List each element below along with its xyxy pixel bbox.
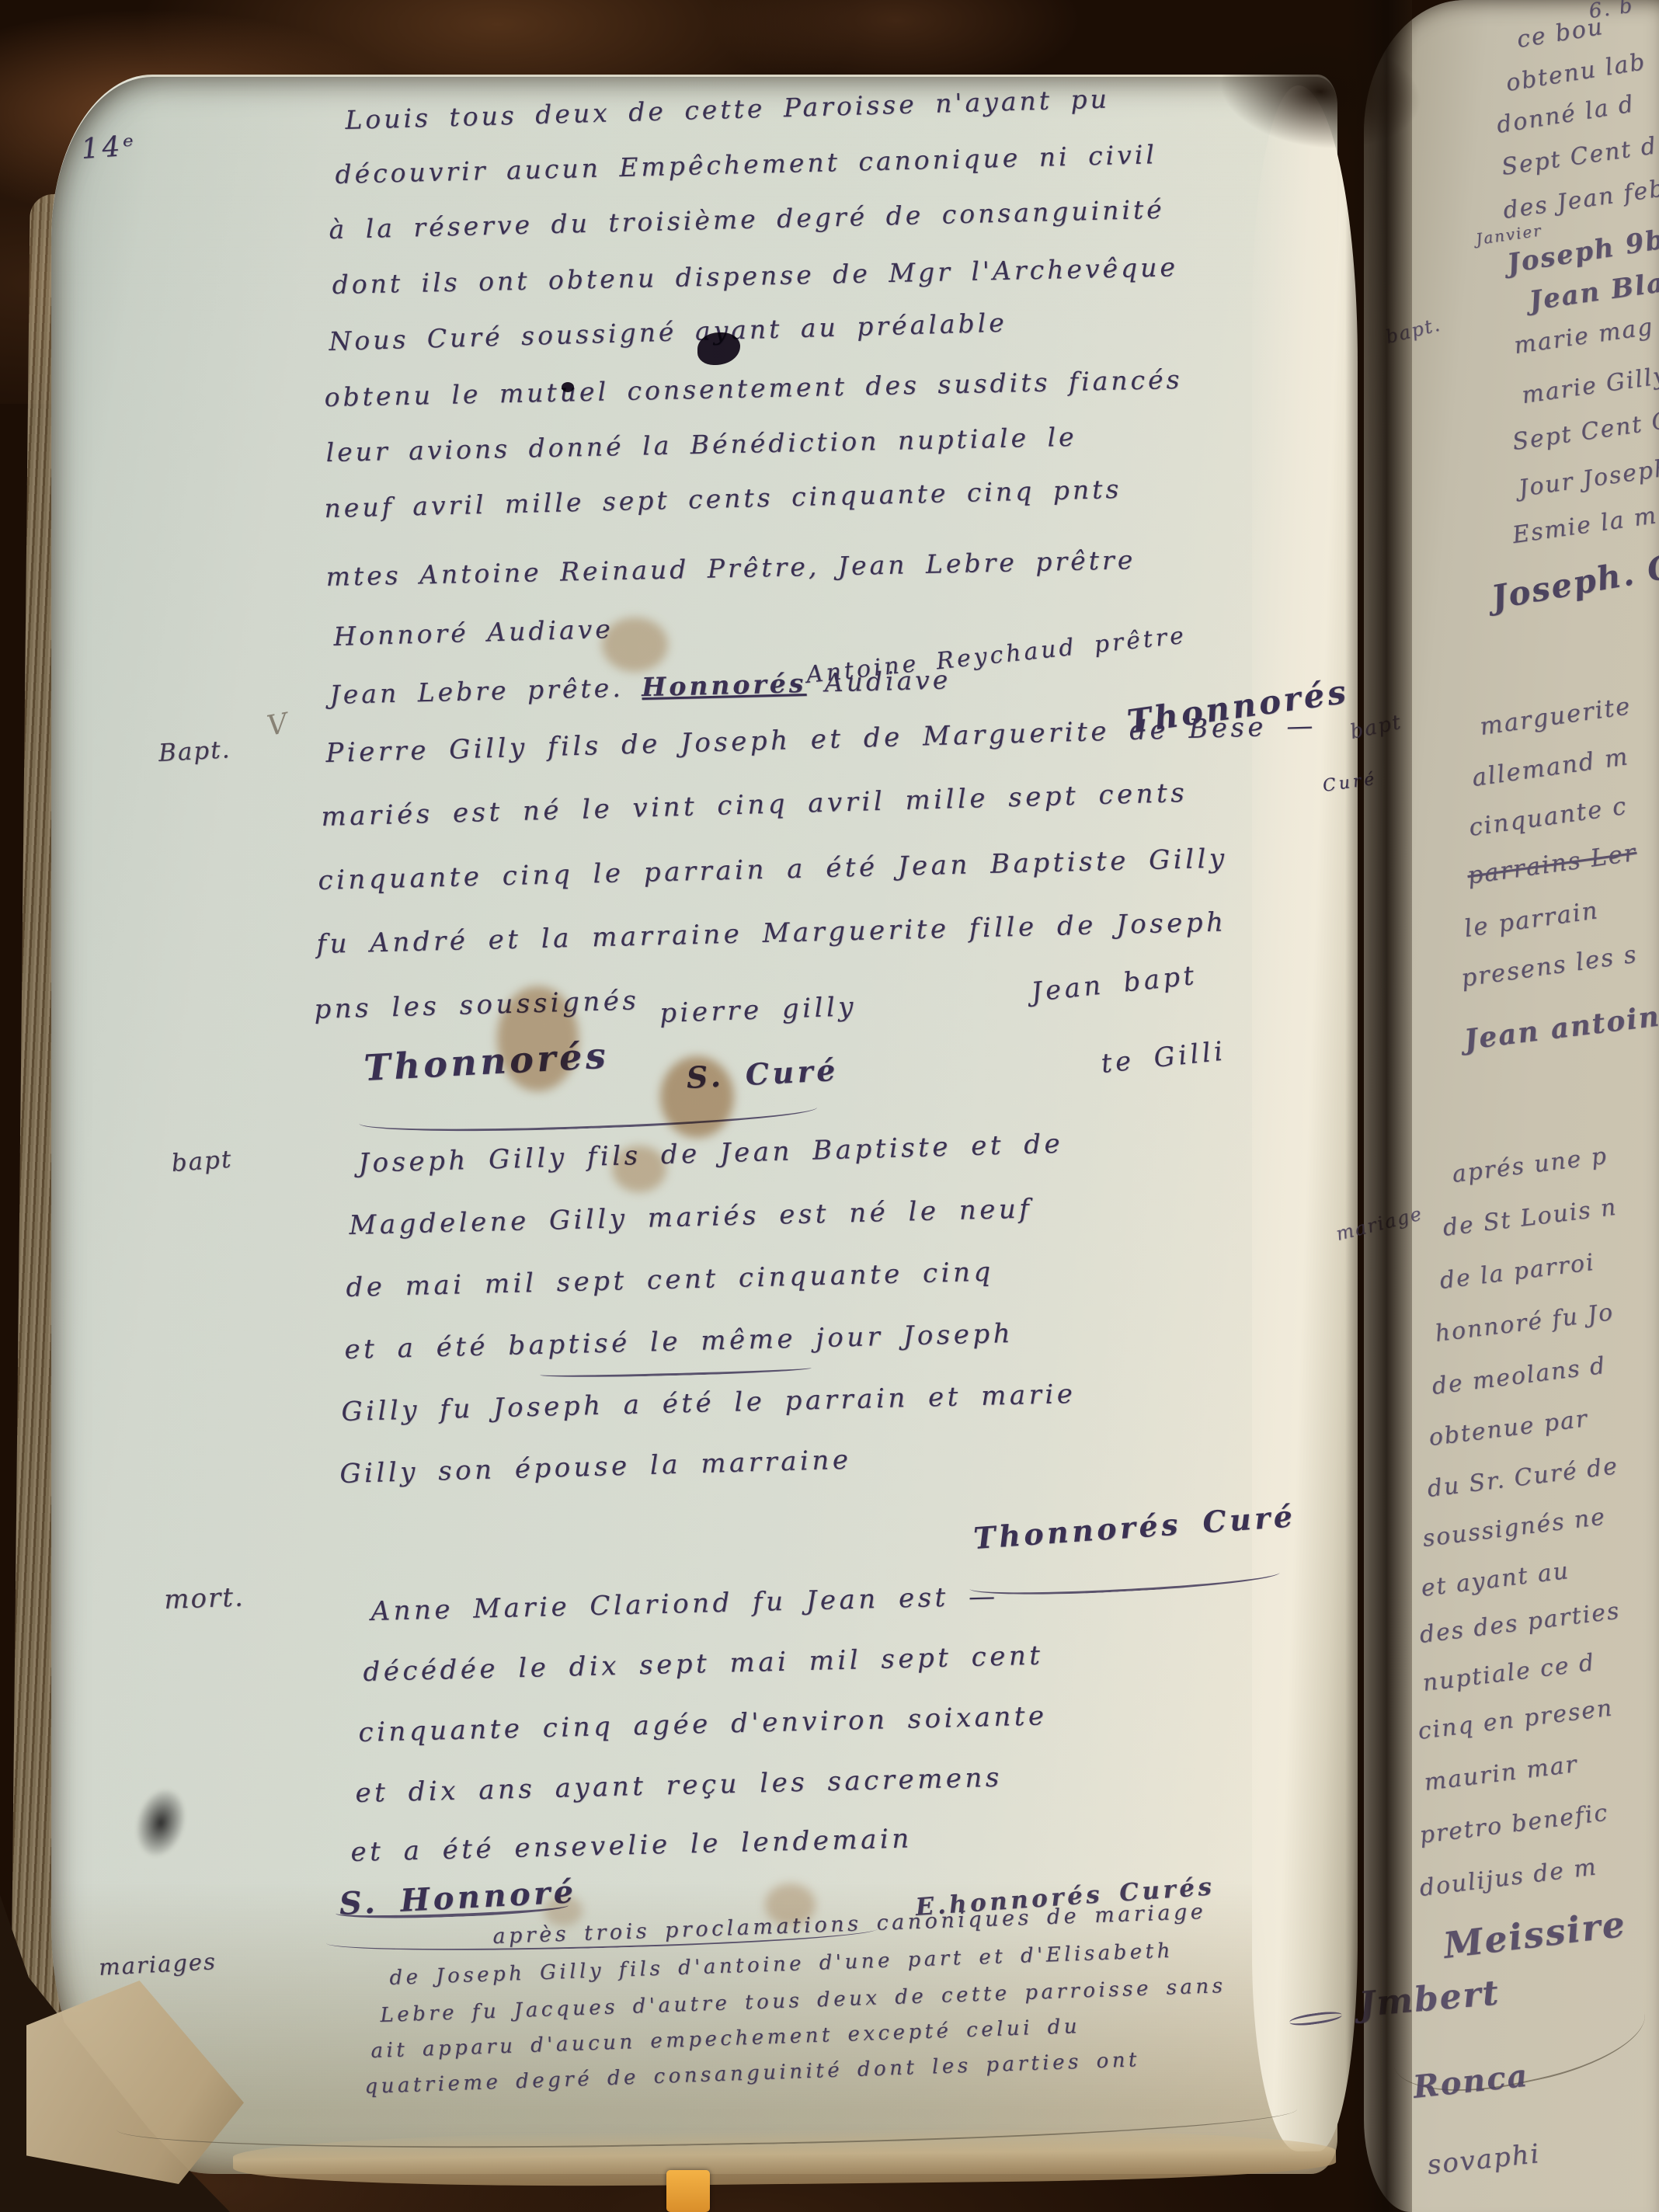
ink-stain (612, 1146, 666, 1192)
ink-stain (660, 1056, 734, 1138)
margin-label-mort: mort. (164, 1581, 245, 1616)
page-number: 14ᵉ (80, 130, 137, 165)
orange-sticker (666, 2170, 710, 2212)
gutter-page-curl (1252, 85, 1358, 2151)
margin-label-bapt1: Bapt. (158, 736, 231, 767)
margin-label-bapt2: bapt (170, 1146, 233, 1177)
book-photo: { "palette": { "leather_dark": "#1c0e05"… (0, 0, 1659, 2212)
underlined-name: Honnorés (642, 668, 807, 702)
ink-stain (765, 1883, 816, 1926)
ink-stain (497, 986, 579, 1091)
ink-stain (602, 617, 668, 672)
ink-blot (562, 382, 574, 392)
ink-stain (544, 1895, 583, 1926)
